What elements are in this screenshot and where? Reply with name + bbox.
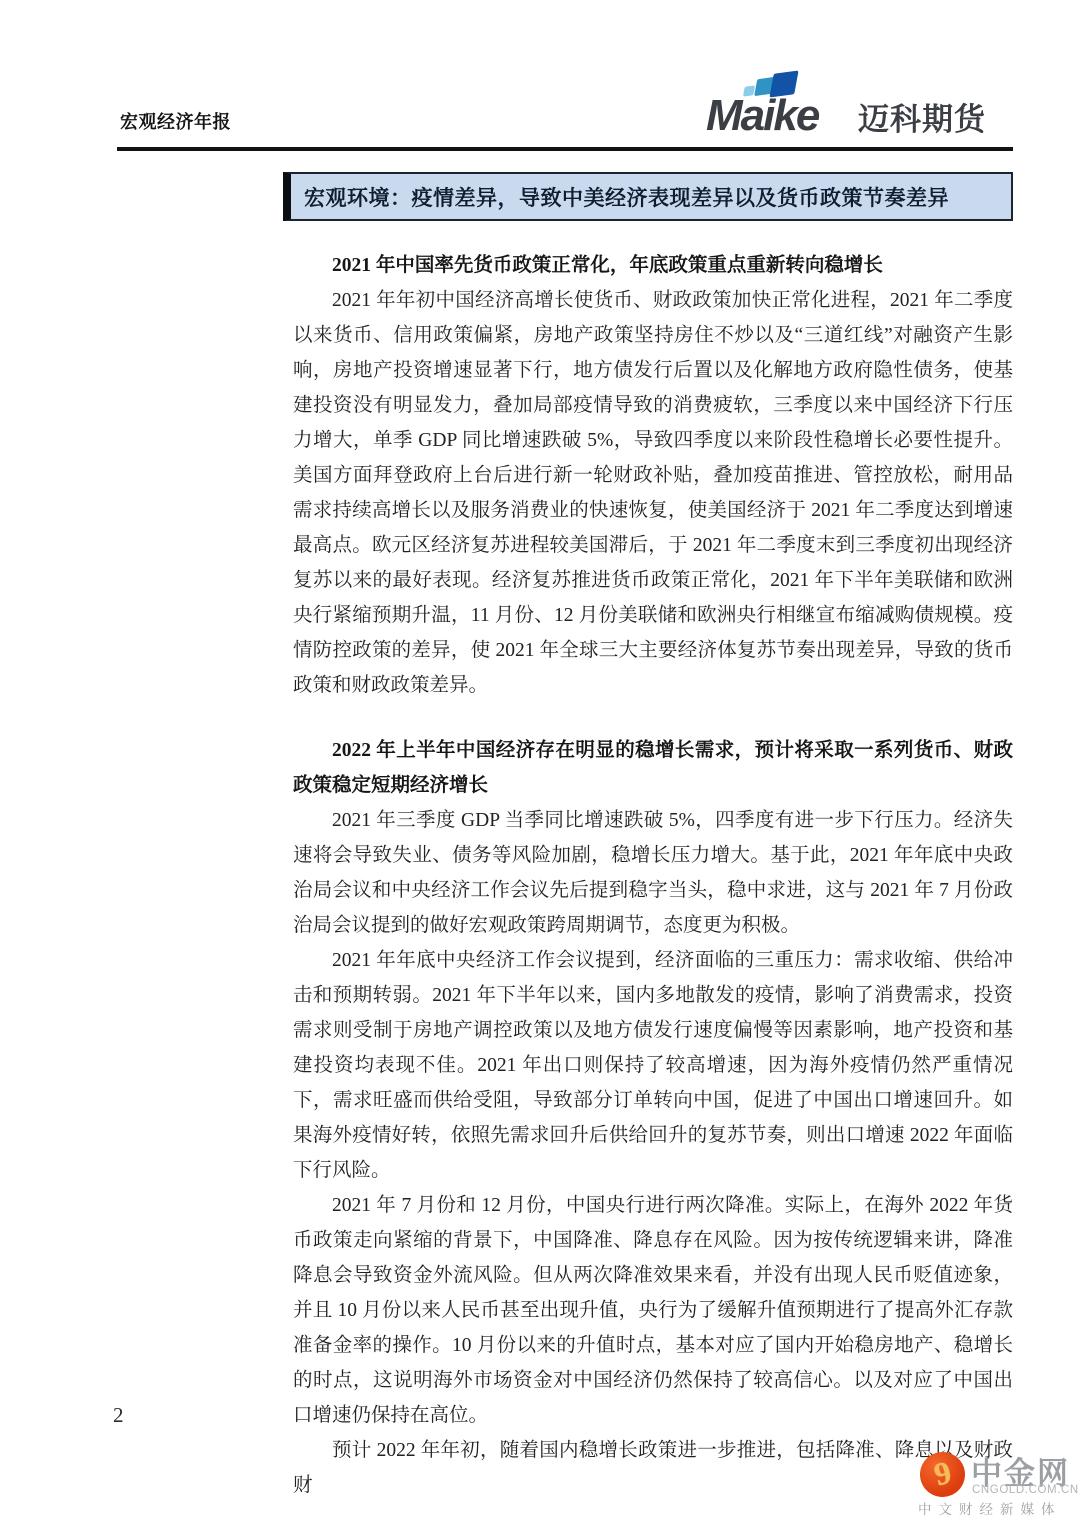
logo-brand-chinese: 迈科期货 xyxy=(858,104,986,135)
cngold-watermark: 9 中金网 CNGOLD.COM.CN 中文财经新媒体 xyxy=(918,1448,1068,1518)
body-paragraph: 2021 年年初中国经济高增长使货币、财政政策加快正常化进程，2021 年二季度… xyxy=(293,283,1013,703)
doc-type-label: 宏观经济年报 xyxy=(120,108,231,134)
report-section: 2022 年上半年中国经济存在明显的稳增长需求，预计将采取一系列货币、财政政策稳… xyxy=(293,733,1013,1503)
watermark-site-url: CNGOLD.COM.CN xyxy=(972,1484,1079,1496)
body-paragraph: 2021 年三季度 GDP 当季同比增速跌破 5%，四季度有进一步下行压力。经济… xyxy=(293,803,1013,943)
section-paragraphs: 2021 年三季度 GDP 当季同比增速跌破 5%，四季度有进一步下行压力。经济… xyxy=(293,803,1013,1503)
watermark-tagline: 中文财经新媒体 xyxy=(918,1498,1062,1518)
section-banner-title: 宏观环境：疫情差异，导致中美经济表现差异以及货币政策节奏差异 xyxy=(304,182,949,212)
body-paragraph: 预计 2022 年年初，随着国内稳增长政策进一步推进，包括降准、降息以及财政财 xyxy=(293,1433,1013,1503)
gold-swirl-icon: 9 xyxy=(930,1454,954,1494)
body-paragraph: 2021 年 7 月份和 12 月份，中国央行进行两次降准。实际上，在海外 20… xyxy=(293,1188,1013,1433)
cngold-logo-icon: 9 xyxy=(920,1452,965,1497)
page-number: 2 xyxy=(113,1403,124,1428)
section-heading: 2021 年中国率先货币政策正常化，年底政策重点重新转向稳增长 xyxy=(293,248,1013,283)
header-divider xyxy=(117,147,1013,151)
section-paragraphs: 2021 年年初中国经济高增长使货币、财政政策加快正常化进程，2021 年二季度… xyxy=(293,283,1013,703)
section-heading: 2022 年上半年中国经济存在明显的稳增长需求，预计将采取一系列货币、财政政策稳… xyxy=(293,733,1013,803)
maike-logo: Maike 迈科期货 xyxy=(706,72,976,142)
report-page: 宏观经济年报 Maike 迈科期货 宏观环境：疫情差异，导致中美经济表现差异以及… xyxy=(0,0,1080,1527)
logo-brand-latin: Maike xyxy=(706,94,818,138)
document-body: 2021 年中国率先货币政策正常化，年底政策重点重新转向稳增长 2021 年年初… xyxy=(293,248,1013,1503)
body-paragraph: 2021 年年底中央经济工作会议提到，经济面临的三重压力：需求收缩、供给冲击和预… xyxy=(293,943,1013,1188)
report-section: 2021 年中国率先货币政策正常化，年底政策重点重新转向稳增长 2021 年年初… xyxy=(293,248,1013,703)
section-banner: 宏观环境：疫情差异，导致中美经济表现差异以及货币政策节奏差异 xyxy=(283,172,1013,221)
